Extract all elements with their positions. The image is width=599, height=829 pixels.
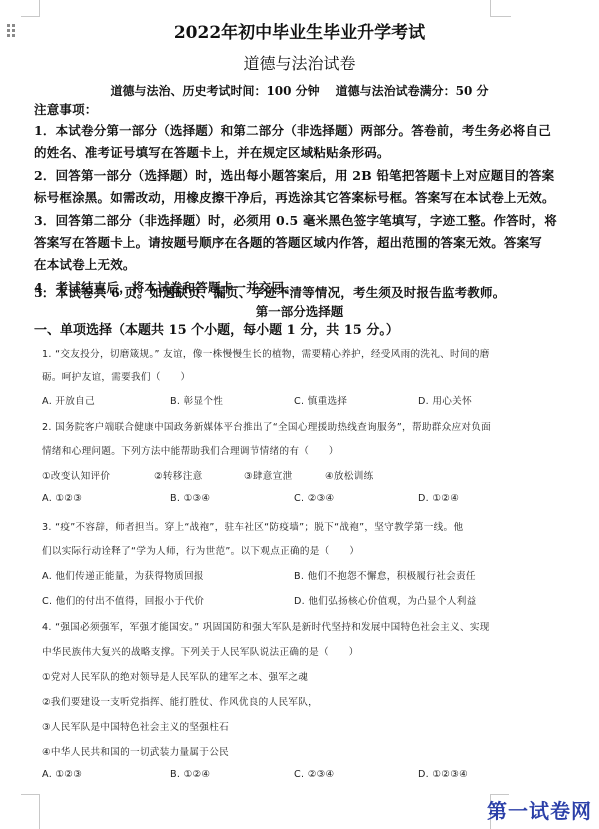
section-title: 第一部分选择题: [0, 302, 599, 320]
question-1-option-d[interactable]: D. 用心关怀: [418, 393, 472, 407]
full-score: 道德与法治试卷满分：50 分: [336, 84, 489, 98]
question-2-item: ④放松训练: [325, 468, 373, 482]
question-2-option-d[interactable]: D. ①②④: [418, 493, 459, 504]
question-2-item: ①改变认知评价: [42, 468, 110, 482]
question-4-item: ③人民军队是中国特色社会主义的坚强柱石: [42, 719, 229, 733]
exam-time: 道德与法治、历史考试时间：100 分钟: [110, 84, 319, 98]
question-4-stem: 中华民族伟大复兴的战略支撑。下列关于人民军队说法正确的是（ ）: [42, 644, 359, 658]
question-1-option-b[interactable]: B. 彰显个性: [170, 393, 223, 407]
question-3-option-a[interactable]: A. 他们传递正能量，为获得物质回报: [42, 568, 204, 582]
question-3-stem: 们以实际行动诠释了“学为人师，行为世范”。以下观点正确的是（ ）: [42, 543, 359, 557]
notes-line: 1．本试卷分第一部分（选择题）和第二部分（非选择题）两部分。答卷前，考生务必将自…: [34, 121, 551, 139]
question-4-item: ①党对人民军队的绝对领导是人民军队的建军之本、强军之魂: [42, 669, 308, 683]
question-1-option-c[interactable]: C. 慎重选择: [294, 393, 347, 407]
question-2-option-c[interactable]: C. ②③④: [294, 493, 334, 504]
notes-line: 的姓名、准考证号填写在答题卡上，并在规定区域粘贴条形码。: [34, 143, 390, 161]
notes-line: 5．本试卷共 6 页。如遇缺页、漏页、字迹不清等情况，考生须及时报告监考教师。: [34, 283, 505, 301]
question-2-stem: 2. 国务院客户端联合健康中国政务新媒体平台推出了“全国心理援助热线查询服务”，…: [42, 419, 491, 433]
document-subtitle: 道德与法治试卷: [0, 51, 599, 74]
question-3-stem: 3. “疫”不容辞，师者担当。穿上“战袍”，驻车社区“防疫墙”；脱下“战袍”，坚…: [42, 519, 463, 533]
page-corner-mark-top-left: [21, 0, 40, 17]
watermark-logo: 第一试卷网: [487, 795, 592, 824]
question-1-option-a[interactable]: A. 开放自己: [42, 393, 95, 407]
notes-line: 3．回答第二部分（非选择题）时，必须用 0.5 毫米黑色签字笔填写，字迹工整。作…: [34, 211, 557, 229]
notes-line: 答案写在答题卡上。请按题号顺序在各题的答题区域内作答，超出范围的答案无效。答案写: [34, 233, 542, 251]
question-4-option-a[interactable]: A. ①②③: [42, 769, 82, 780]
question-2-option-b[interactable]: B. ①③④: [170, 493, 210, 504]
question-2-option-a[interactable]: A. ①②③: [42, 493, 82, 504]
notes-line: 标号框涂黑。如需改动，用橡皮擦干净后，再选涂其它答案标号框。答案写在本试卷上无效…: [34, 188, 555, 206]
question-1-stem: 砺。呵护友谊，需要我们（ ）: [42, 369, 190, 383]
question-4-option-d[interactable]: D. ①②③④: [418, 769, 468, 780]
question-4-item: ②我们要建设一支听党指挥、能打胜仗、作风优良的人民军队，: [42, 694, 318, 708]
question-4-option-c[interactable]: C. ②③④: [294, 769, 334, 780]
question-2-item: ③肆意宣泄: [244, 468, 292, 482]
question-3-option-b[interactable]: B. 他们不抱怨不懈怠，积极履行社会责任: [294, 568, 476, 582]
page-corner-mark-bottom-left: [21, 794, 40, 829]
notes-line: 2．回答第一部分（选择题）时，选出每小题答案后，用 2B 铅笔把答题卡上对应题目…: [34, 166, 554, 184]
part-heading: 一、单项选择（本题共 15 个小题，每小题 1 分，共 15 分。）: [34, 319, 399, 338]
question-4-item: ④中华人民共和国的一切武装力量属于公民: [42, 744, 229, 758]
question-4-option-b[interactable]: B. ①②④: [170, 769, 210, 780]
notes-heading: 注意事项：: [34, 100, 98, 118]
exam-info-line: 道德与法治、历史考试时间：100 分钟道德与法治试卷满分：50 分: [0, 82, 599, 99]
question-4-stem: 4. “强国必须强军，军强才能国安。” 巩固国防和强大军队是新时代坚持和发展中国…: [42, 619, 490, 633]
question-2-item: ②转移注意: [154, 468, 202, 482]
question-2-stem: 情绪和心理问题。下列方法中能帮助我们合理调节情绪的有（ ）: [42, 443, 339, 457]
notes-line: 在本试卷上无效。: [34, 255, 136, 273]
question-1-stem: 1. “交友投分，切磨箴规。” 友谊，像一株慢慢生长的植物，需要精心养护，经受风…: [42, 346, 490, 360]
document-title: 2022年初中毕业生毕业升学考试: [0, 18, 599, 43]
question-3-option-c[interactable]: C. 他们的付出不值得，回报小于代价: [42, 593, 204, 607]
question-3-option-d[interactable]: D. 他们弘扬核心价值观，为凸显个人利益: [294, 593, 477, 607]
page-corner-mark-top-right: [490, 0, 511, 17]
